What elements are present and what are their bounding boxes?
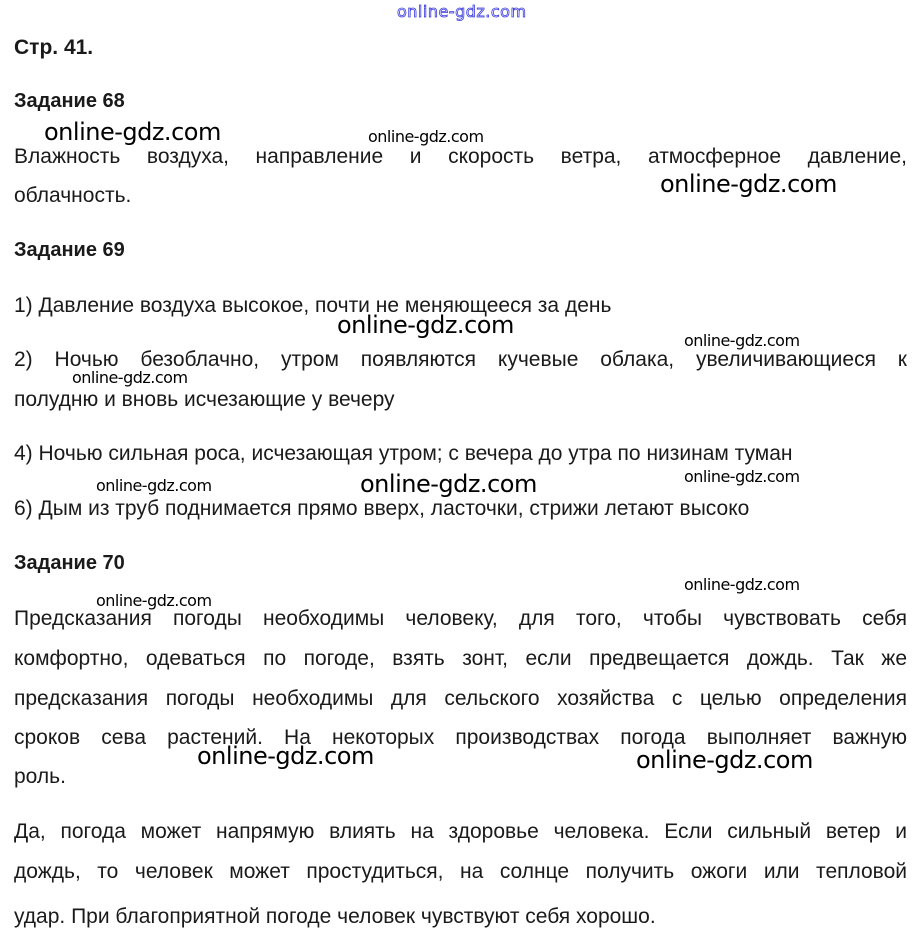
task-70-heading: Задание 70 xyxy=(14,552,125,575)
task-70-p1-line-5: роль. xyxy=(14,765,66,789)
page-label: Стр. 41. xyxy=(14,36,93,60)
watermark: online-gdz.com xyxy=(337,311,514,339)
watermark: online-gdz.com xyxy=(684,467,800,486)
top-watermark: online-gdz.com xyxy=(397,2,527,21)
watermark: online-gdz.com xyxy=(197,742,374,770)
watermark: online-gdz.com xyxy=(636,746,813,774)
task-68-line-1: Влажность воздуха, направление и скорост… xyxy=(14,145,907,169)
watermark: online-gdz.com xyxy=(96,476,212,495)
task-70-p1-line-1: Предсказания погоды необходимы человеку,… xyxy=(14,607,907,631)
watermark: online-gdz.com xyxy=(684,575,800,594)
task-70-p1-line-2: комфортно, одеваться по погоде, взять зо… xyxy=(14,647,907,671)
task-69-item-4: 4) Ночью сильная роса, исчезающая утром;… xyxy=(14,442,793,466)
task-70-p2-line-3: удар. При благоприятной погоде человек ч… xyxy=(14,905,656,929)
task-69-item-6: 6) Дым из труб поднимается прямо вверх, … xyxy=(14,497,749,521)
watermark: online-gdz.com xyxy=(368,127,484,146)
watermark: online-gdz.com xyxy=(72,368,188,387)
task-70-p2-line-1: Да, погода может напрямую влиять на здор… xyxy=(14,820,907,844)
task-69-item-2-cont: полудню и вновь исчезающие у вечеру xyxy=(14,388,395,412)
task-70-p1-line-3: предсказания погоды необходимы для сельс… xyxy=(14,687,907,711)
task-70-p2-line-2: дождь, то человек может простудиться, на… xyxy=(14,860,907,884)
task-68-line-2: облачность. xyxy=(14,184,131,208)
watermark: online-gdz.com xyxy=(660,170,837,198)
task-69-item-1: 1) Давление воздуха высокое, почти не ме… xyxy=(14,294,611,318)
watermark: online-gdz.com xyxy=(44,118,221,146)
task-68-heading: Задание 68 xyxy=(14,90,125,113)
watermark: online-gdz.com xyxy=(360,470,537,498)
watermark: online-gdz.com xyxy=(684,331,800,350)
task-69-heading: Задание 69 xyxy=(14,239,125,262)
watermark: online-gdz.com xyxy=(96,591,212,610)
